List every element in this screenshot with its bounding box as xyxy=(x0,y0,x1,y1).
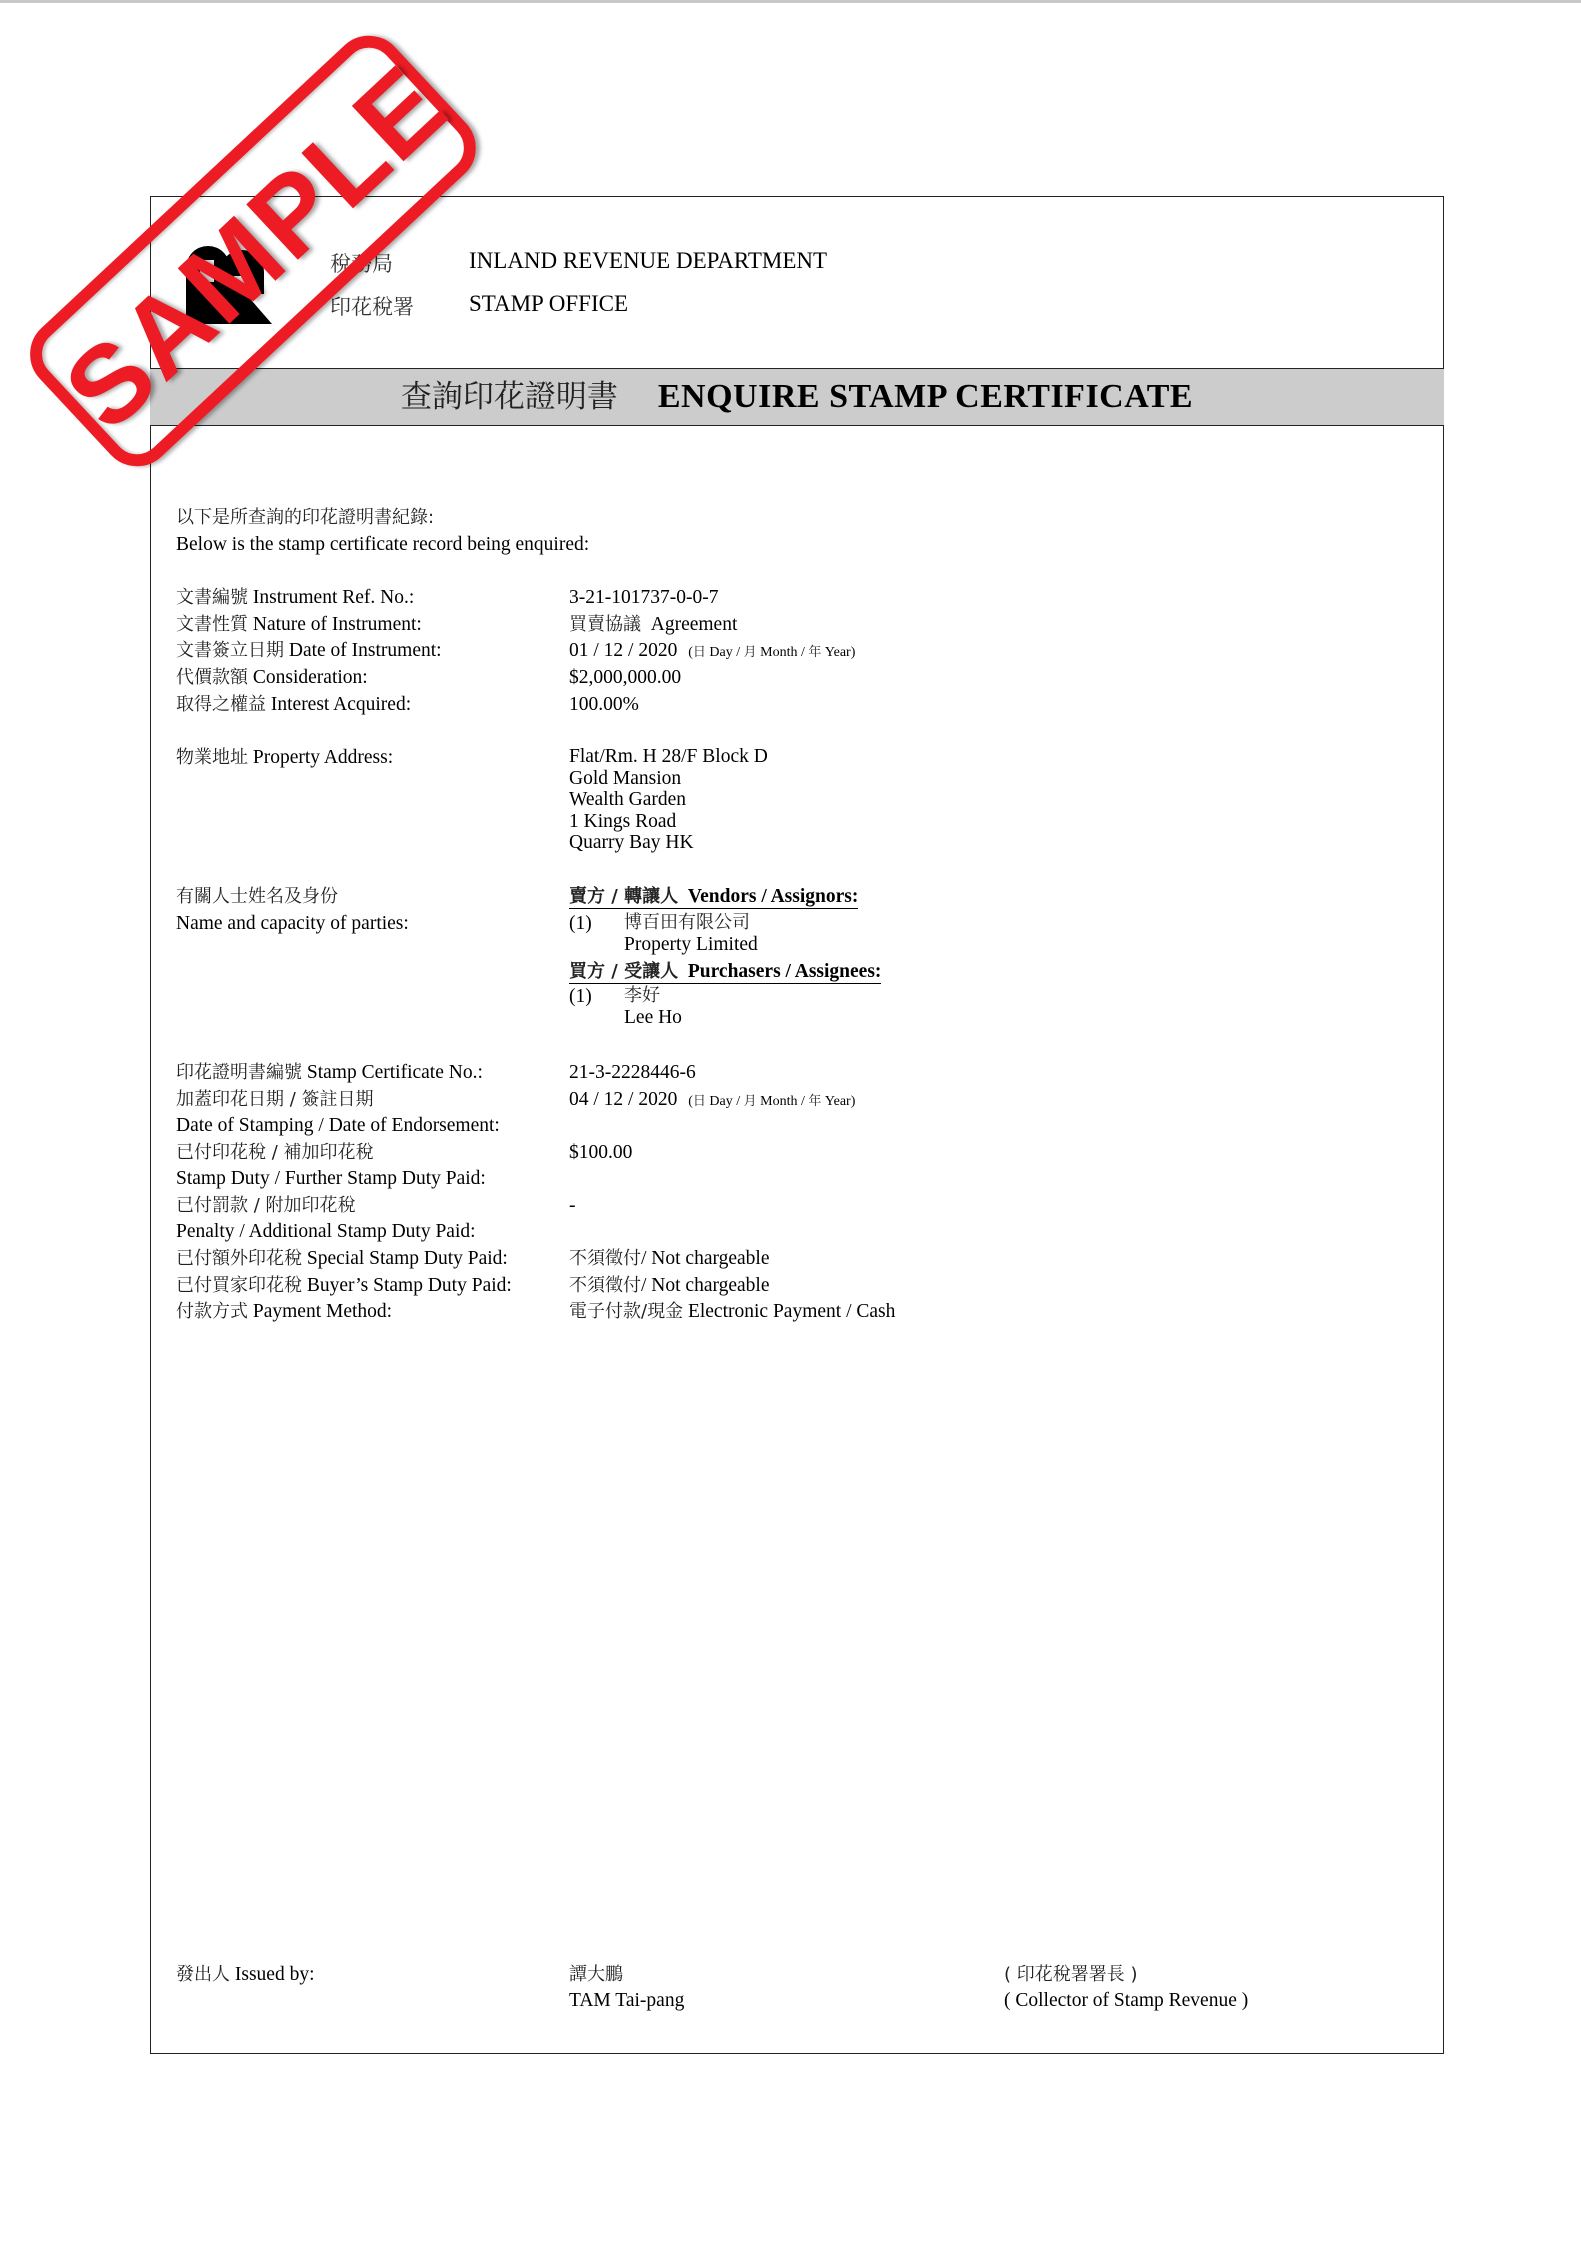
ssd-value: 不須徵付/ Not chargeable xyxy=(569,1247,770,1271)
vendor-index: (1) xyxy=(569,912,592,936)
cert-no-label: 印花證明書編號 Stamp Certificate No.: xyxy=(176,1061,483,1085)
purchaser-index: (1) xyxy=(569,985,592,1009)
purchaser-name: 李好 Lee Ho xyxy=(624,985,682,1028)
vendors-heading: 賣方 / 轉讓人 Vendors / Assignors: xyxy=(569,885,858,909)
office-name-zh: 印花稅署 xyxy=(330,291,414,321)
consideration-value: $2,000,000.00 xyxy=(569,666,681,690)
penalty-value: - xyxy=(569,1194,576,1218)
payment-label: 付款方式 Payment Method: xyxy=(176,1300,392,1324)
address-line: Flat/Rm. H 28/F Block D xyxy=(569,746,768,768)
duty-label-en: Stamp Duty / Further Stamp Duty Paid: xyxy=(176,1167,486,1191)
issuer-title-en: ( Collector of Stamp Revenue ) xyxy=(1004,1989,1248,2013)
intro-zh: 以下是所查詢的印花證明書紀錄: xyxy=(176,506,434,530)
issuer-title-zh: ( 印花稅署署長 ) xyxy=(1004,1963,1138,1987)
title-zh: 查詢印花證明書 xyxy=(401,379,618,415)
address-line: 1 Kings Road xyxy=(569,811,768,833)
penalty-label-en: Penalty / Additional Stamp Duty Paid: xyxy=(176,1220,476,1244)
address-line: Gold Mansion xyxy=(569,768,768,790)
stamping-date-label-en: Date of Stamping / Date of Endorsement: xyxy=(176,1114,500,1138)
interest-label: 取得之權益 Interest Acquired: xyxy=(176,693,411,717)
bsd-label: 已付買家印花稅 Buyer’s Stamp Duty Paid: xyxy=(176,1274,512,1298)
intro-en: Below is the stamp certificate record be… xyxy=(176,533,589,557)
cert-no-value: 21-3-2228446-6 xyxy=(569,1061,696,1085)
stamping-date-value: 04 / 12 / 2020 (日 Day / 月 Month / 年 Year… xyxy=(569,1088,855,1114)
duty-label-zh: 已付印花稅 / 補加印花稅 xyxy=(176,1141,374,1165)
property-label: 物業地址 Property Address: xyxy=(176,746,393,770)
date-format-hint: (日 Day / 月 Month / 年 Year) xyxy=(688,645,855,660)
address-line: Wealth Garden xyxy=(569,789,768,811)
property-address: Flat/Rm. H 28/F Block D Gold Mansion Wea… xyxy=(569,746,768,854)
issued-by-label: 發出人 Issued by: xyxy=(176,1963,315,1987)
date-format-hint: (日 Day / 月 Month / 年 Year) xyxy=(688,1094,855,1109)
payment-value: 電子付款/現金 Electronic Payment / Cash xyxy=(569,1300,895,1324)
title-en: ENQUIRE STAMP CERTIFICATE xyxy=(658,378,1193,415)
issuer-name-en: TAM Tai-pang xyxy=(569,1989,684,2013)
parties-label-zh: 有關人士姓名及身份 xyxy=(176,885,338,909)
nature-label: 文書性質 Nature of Instrument: xyxy=(176,613,422,637)
nature-value: 買賣協議 Agreement xyxy=(569,613,737,637)
ird-logo-icon xyxy=(180,238,272,324)
penalty-label-zh: 已付罰款 / 附加印花稅 xyxy=(176,1194,356,1218)
stamping-date-label-zh: 加蓋印花日期 / 簽註日期 xyxy=(176,1088,374,1112)
issuer-name-zh: 譚大鵬 xyxy=(569,1963,623,1987)
bsd-value: 不須徵付/ Not chargeable xyxy=(569,1274,770,1298)
ssd-label: 已付額外印花稅 Special Stamp Duty Paid: xyxy=(176,1247,508,1271)
consideration-label: 代價款額 Consideration: xyxy=(176,666,368,690)
office-name-en: STAMP OFFICE xyxy=(469,291,628,317)
title-band: 查詢印花證明書ENQUIRE STAMP CERTIFICATE xyxy=(150,368,1444,426)
ref-value: 3-21-101737-0-0-7 xyxy=(569,586,718,610)
instrument-date-label: 文書簽立日期 Date of Instrument: xyxy=(176,639,442,663)
address-line: Quarry Bay HK xyxy=(569,832,768,854)
parties-label-en: Name and capacity of parties: xyxy=(176,912,409,936)
ref-label: 文書編號 Instrument Ref. No.: xyxy=(176,586,414,610)
duty-value: $100.00 xyxy=(569,1141,632,1165)
interest-value: 100.00% xyxy=(569,693,639,717)
instrument-date-value: 01 / 12 / 2020 (日 Day / 月 Month / 年 Year… xyxy=(569,639,855,665)
dept-name-zh: 稅務局 xyxy=(330,248,393,278)
vendor-name: 博百田有限公司 Property Limited xyxy=(624,912,758,955)
purchasers-heading: 買方 / 受讓人 Purchasers / Assignees: xyxy=(569,960,881,984)
dept-name-en: INLAND REVENUE DEPARTMENT xyxy=(469,248,827,274)
